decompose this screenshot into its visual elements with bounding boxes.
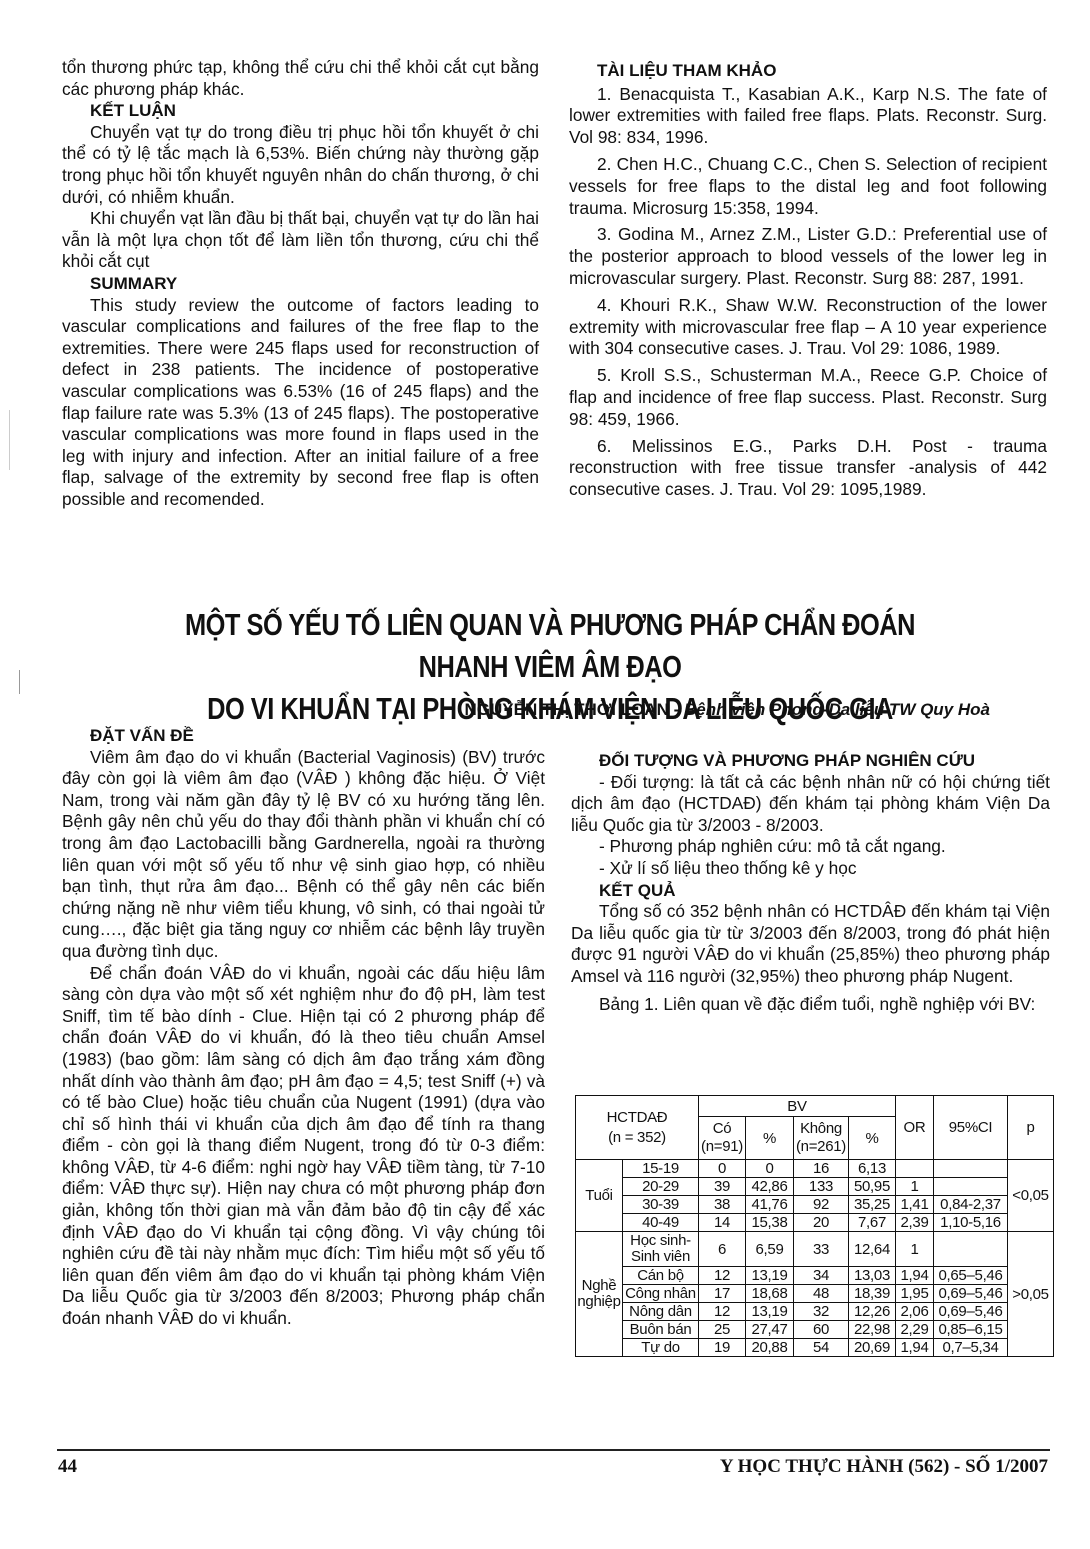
cell-khong: 133 — [794, 1178, 849, 1196]
header-group: HCTDAĐ (n = 352) — [576, 1096, 699, 1160]
cell-group: Tự do — [623, 1339, 699, 1357]
summary-heading: SUMMARY — [62, 273, 539, 295]
occupation-group-label: Nghề nghiệp — [576, 1232, 623, 1357]
conclusion-paragraph-1: Chuyển vạt tự do trong điều trị phục hồi… — [62, 122, 539, 208]
header-khong-line-1: Không — [800, 1120, 842, 1137]
cell-co-pct: 41,76 — [746, 1196, 794, 1214]
prev-article-intro-text: tổn thương phức tạp, không thể cứu chi t… — [62, 57, 539, 100]
results-heading: KẾT QUẢ — [571, 880, 1050, 902]
header-khong-pct: % — [849, 1117, 896, 1160]
cell-khong: 60 — [794, 1321, 849, 1339]
page-number: 44 — [58, 1456, 77, 1478]
cell-ci — [934, 1160, 1008, 1178]
header-p: p — [1008, 1096, 1054, 1160]
cell-khong: 20 — [794, 1214, 849, 1232]
reference-item: 3. Godina M., Arnez Z.M., Lister G.D.: P… — [569, 224, 1047, 289]
cell-co: 6 — [699, 1232, 746, 1267]
cell-co: 25 — [699, 1321, 746, 1339]
cell-khong: 32 — [794, 1303, 849, 1321]
cell-co: 12 — [699, 1303, 746, 1321]
table-row: Nông dân 12 13,19 32 12,26 2,06 0,69–5,4… — [576, 1303, 1054, 1321]
intro-column: ĐẶT VẤN ĐỀ Viêm âm đạo do vi khuẩn (Bact… — [62, 725, 545, 1330]
cell-group: Công nhân — [623, 1285, 699, 1303]
cell-co-pct: 18,68 — [746, 1285, 794, 1303]
header-group-line-2: (n = 352) — [608, 1129, 666, 1146]
cell-co: 17 — [699, 1285, 746, 1303]
cell-co-pct: 0 — [746, 1160, 794, 1178]
cell-khong: 48 — [794, 1285, 849, 1303]
article-title-line-1: MỘT SỐ YẾU TỐ LIÊN QUAN VÀ PHƯƠNG PHÁP C… — [148, 604, 952, 688]
age-group-label: Tuổi — [576, 1160, 623, 1232]
cell-khong: 16 — [794, 1160, 849, 1178]
occupation-label-line-2: nghiệp — [577, 1293, 620, 1310]
header-ci: 95%CI — [934, 1096, 1008, 1160]
cell-group-line-2: Sinh viên — [631, 1248, 690, 1265]
methods-item: - Xử lí số liệu theo thống kê y học — [571, 858, 1050, 880]
intro-paragraph-2: Để chẩn đoán VÂĐ do vi khuẩn, ngoài các … — [62, 963, 545, 1330]
header-co: Có (n=91) — [699, 1117, 746, 1160]
cell-khong-pct: 50,95 — [849, 1178, 896, 1196]
occupation-label-line-1: Nghề — [582, 1277, 617, 1294]
cell-or: 1 — [896, 1178, 934, 1196]
cell-or: 2,39 — [896, 1214, 934, 1232]
conclusion-paragraph-2: Khi chuyển vạt lần đầu bị thất bại, chuy… — [62, 208, 539, 273]
table-row: Buôn bán 25 27,47 60 22,98 2,29 0,85–6,1… — [576, 1321, 1054, 1339]
cell-co-pct: 15,38 — [746, 1214, 794, 1232]
cell-or: 2,29 — [896, 1321, 934, 1339]
cell-khong: 33 — [794, 1232, 849, 1267]
cell-khong: 54 — [794, 1339, 849, 1357]
header-co-line-1: Có — [713, 1120, 732, 1137]
cell-co-pct: 6,59 — [746, 1232, 794, 1267]
cell-ci — [934, 1178, 1008, 1196]
cell-co: 38 — [699, 1196, 746, 1214]
cell-or: 1,94 — [896, 1267, 934, 1285]
cell-group: 40-49 — [623, 1214, 699, 1232]
cell-ci: 0,85–6,15 — [934, 1321, 1008, 1339]
methods-heading: ĐỐI TƯỢNG VÀ PHƯƠNG PHÁP NGHIÊN CỨU — [571, 750, 1050, 772]
cell-group: Nông dân — [623, 1303, 699, 1321]
header-co-line-2: (n=91) — [701, 1138, 743, 1155]
cell-ci: 1,10-5,16 — [934, 1214, 1008, 1232]
table-row: 40-49 14 15,38 20 7,67 2,39 1,10-5,16 — [576, 1214, 1054, 1232]
header-group-line-1: HCTDAĐ — [607, 1109, 668, 1126]
cell-khong-pct: 22,98 — [849, 1321, 896, 1339]
cell-or: 1,41 — [896, 1196, 934, 1214]
table-row: Tự do 19 20,88 54 20,69 1,94 0,7–5,34 — [576, 1339, 1054, 1357]
table-row: 30-39 38 41,76 92 35,25 1,41 0,84-2,37 — [576, 1196, 1054, 1214]
header-bv: BV — [699, 1096, 896, 1117]
cell-or: 1,94 — [896, 1339, 934, 1357]
methods-item: - Đối tượng: là tất cả các bệnh nhân nữ … — [571, 772, 1050, 837]
cell-khong-pct: 6,13 — [849, 1160, 896, 1178]
table-header-row: HCTDAĐ (n = 352) BV OR 95%CI p — [576, 1096, 1054, 1117]
cell-co-pct: 13,19 — [746, 1303, 794, 1321]
header-khong: Không (n=261) — [794, 1117, 849, 1160]
margin-mark — [19, 670, 20, 694]
cell-or: 1 — [896, 1232, 934, 1267]
cell-group: 15-19 — [623, 1160, 699, 1178]
cell-group: Cán bộ — [623, 1267, 699, 1285]
author-name: NGUYỄN THỊ THỜI LOAN - — [465, 700, 684, 719]
table-row: Tuổi 15-19 0 0 16 6,13 <0,05 — [576, 1160, 1054, 1178]
cell-ci — [934, 1232, 1008, 1267]
cell-group: 30-39 — [623, 1196, 699, 1214]
cell-ci: 0,65–5,46 — [934, 1267, 1008, 1285]
table-caption: Bảng 1. Liên quan về đặc điểm tuổi, nghề… — [571, 994, 1050, 1016]
age-p-value: <0,05 — [1008, 1160, 1054, 1232]
cell-co-pct: 13,19 — [746, 1267, 794, 1285]
cell-co: 19 — [699, 1339, 746, 1357]
table-row: 20-29 39 42,86 133 50,95 1 — [576, 1178, 1054, 1196]
reference-item: 6. Melissinos E.G., Parks D.H. Post - tr… — [569, 436, 1047, 501]
table-age-occupation-bv: HCTDAĐ (n = 352) BV OR 95%CI p Có (n=91)… — [575, 1095, 1054, 1357]
cell-group-line-1: Học sinh- — [630, 1232, 691, 1249]
conclusion-heading: KẾT LUẬN — [62, 100, 539, 122]
footer-rule — [57, 1449, 1050, 1451]
margin-mark — [9, 410, 10, 470]
cell-khong-pct: 12,26 — [849, 1303, 896, 1321]
cell-ci: 0,7–5,34 — [934, 1339, 1008, 1357]
cell-ci: 0,69–5,46 — [934, 1285, 1008, 1303]
cell-co: 0 — [699, 1160, 746, 1178]
reference-item: 4. Khouri R.K., Shaw W.W. Reconstruction… — [569, 295, 1047, 360]
journal-issue: Y HỌC THỰC HÀNH (562) - SỐ 1/2007 — [720, 1456, 1048, 1478]
cell-khong: 34 — [794, 1267, 849, 1285]
prev-article-left-column: tổn thương phức tạp, không thể cứu chi t… — [62, 57, 539, 510]
cell-group: Buôn bán — [623, 1321, 699, 1339]
cell-ci: 0,84-2,37 — [934, 1196, 1008, 1214]
reference-item: 5. Kroll S.S., Schusterman M.A., Reece G… — [569, 365, 1047, 430]
references-column: TÀI LIỆU THAM KHẢO 1. Benacquista T., Ka… — [569, 60, 1047, 506]
header-khong-line-2: (n=261) — [796, 1138, 846, 1155]
header-co-pct: % — [746, 1117, 794, 1160]
cell-co: 14 — [699, 1214, 746, 1232]
cell-co: 39 — [699, 1178, 746, 1196]
cell-khong-pct: 35,25 — [849, 1196, 896, 1214]
references-heading: TÀI LIỆU THAM KHẢO — [569, 60, 1047, 82]
results-paragraph: Tổng số có 352 bệnh nhân có HCTDÂĐ đến k… — [571, 901, 1050, 987]
intro-heading: ĐẶT VẤN ĐỀ — [62, 725, 545, 747]
intro-paragraph-1: Viêm âm đạo do vi khuẩn (Bacterial Vagin… — [62, 747, 545, 963]
methods-item: - Phương pháp nghiên cứu: mô tả cắt ngan… — [571, 836, 1050, 858]
cell-or: 1,95 — [896, 1285, 934, 1303]
author-affiliation: Bệnh viện Phong-Da liễu TW Quy Hoà — [684, 700, 990, 719]
cell-group: Học sinh- Sinh viên — [623, 1232, 699, 1267]
table-row: Nghề nghiệp Học sinh- Sinh viên 6 6,59 3… — [576, 1232, 1054, 1267]
cell-khong-pct: 18,39 — [849, 1285, 896, 1303]
cell-co: 12 — [699, 1267, 746, 1285]
cell-khong-pct: 13,03 — [849, 1267, 896, 1285]
cell-or — [896, 1160, 934, 1178]
cell-khong-pct: 20,69 — [849, 1339, 896, 1357]
reference-item: 1. Benacquista T., Kasabian A.K., Karp N… — [569, 84, 1047, 149]
occupation-p-value: >0,05 — [1008, 1232, 1054, 1357]
cell-ci: 0,69–5,46 — [934, 1303, 1008, 1321]
summary-paragraph: This study review the outcome of factors… — [62, 295, 539, 511]
cell-co-pct: 42,86 — [746, 1178, 794, 1196]
methods-results-column: ĐỐI TƯỢNG VÀ PHƯƠNG PHÁP NGHIÊN CỨU - Đố… — [571, 750, 1050, 1015]
header-or: OR — [896, 1096, 934, 1160]
cell-khong-pct: 12,64 — [849, 1232, 896, 1267]
byline: NGUYỄN THỊ THỜI LOAN - Bệnh viện Phong-D… — [465, 700, 990, 720]
reference-item: 2. Chen H.C., Chuang C.C., Chen S. Selec… — [569, 154, 1047, 219]
cell-co-pct: 20,88 — [746, 1339, 794, 1357]
table-row: Cán bộ 12 13,19 34 13,03 1,94 0,65–5,46 — [576, 1267, 1054, 1285]
cell-group: 20-29 — [623, 1178, 699, 1196]
cell-khong-pct: 7,67 — [849, 1214, 896, 1232]
cell-or: 2,06 — [896, 1303, 934, 1321]
cell-khong: 92 — [794, 1196, 849, 1214]
table-row: Công nhân 17 18,68 48 18,39 1,95 0,69–5,… — [576, 1285, 1054, 1303]
cell-co-pct: 27,47 — [746, 1321, 794, 1339]
